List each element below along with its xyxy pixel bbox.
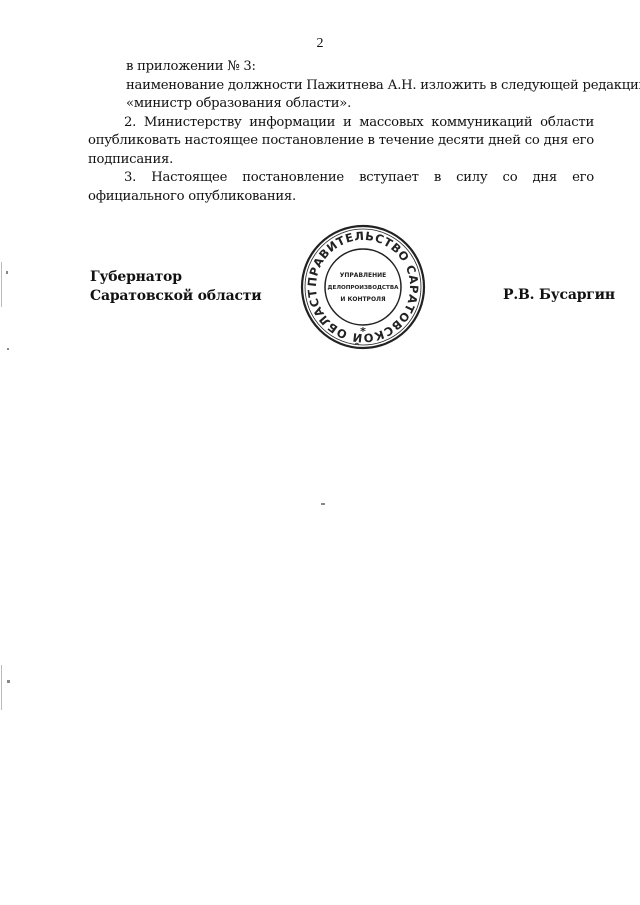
page-number: 2 bbox=[0, 36, 640, 52]
scan-artifact bbox=[321, 503, 325, 505]
paragraph-position-name: наименование должности Пажитнева А.Н. из… bbox=[94, 77, 594, 96]
stamp-inner-line3: И КОНТРОЛЯ bbox=[340, 296, 386, 303]
scan-artifact bbox=[1, 665, 2, 710]
paragraph-appendix: в приложении № 3: bbox=[94, 58, 594, 77]
signatory-position-line2: Саратовской области bbox=[90, 287, 261, 306]
scan-artifact bbox=[6, 271, 8, 274]
scan-artifact bbox=[7, 348, 9, 350]
paragraph-item-2: 2. Министерству информации и массовых ко… bbox=[88, 114, 594, 170]
scan-artifact bbox=[7, 680, 10, 683]
signatory-position: Губернатор Саратовской области bbox=[90, 268, 261, 306]
stamp-star: * bbox=[360, 325, 366, 338]
signatory-name: Р.В. Бусаргин bbox=[503, 287, 615, 303]
document-body: в приложении № 3: наименование должности… bbox=[94, 58, 594, 206]
signatory-position-line1: Губернатор bbox=[90, 268, 261, 287]
paragraph-new-title: «министр образования области». bbox=[94, 95, 594, 114]
stamp-inner-line2: ДЕЛОПРОИЗВОДСТВА bbox=[328, 285, 400, 291]
paragraph-item-3: 3. Настоящее постановление вступает в си… bbox=[88, 169, 594, 206]
stamp-inner-line1: УПРАВЛЕНИЕ bbox=[340, 272, 387, 279]
scan-artifact bbox=[1, 262, 2, 307]
official-stamp: ПРАВИТЕЛЬСТВО САРАТОВСКОЙ ОБЛАСТИ * УПРА… bbox=[300, 224, 426, 350]
